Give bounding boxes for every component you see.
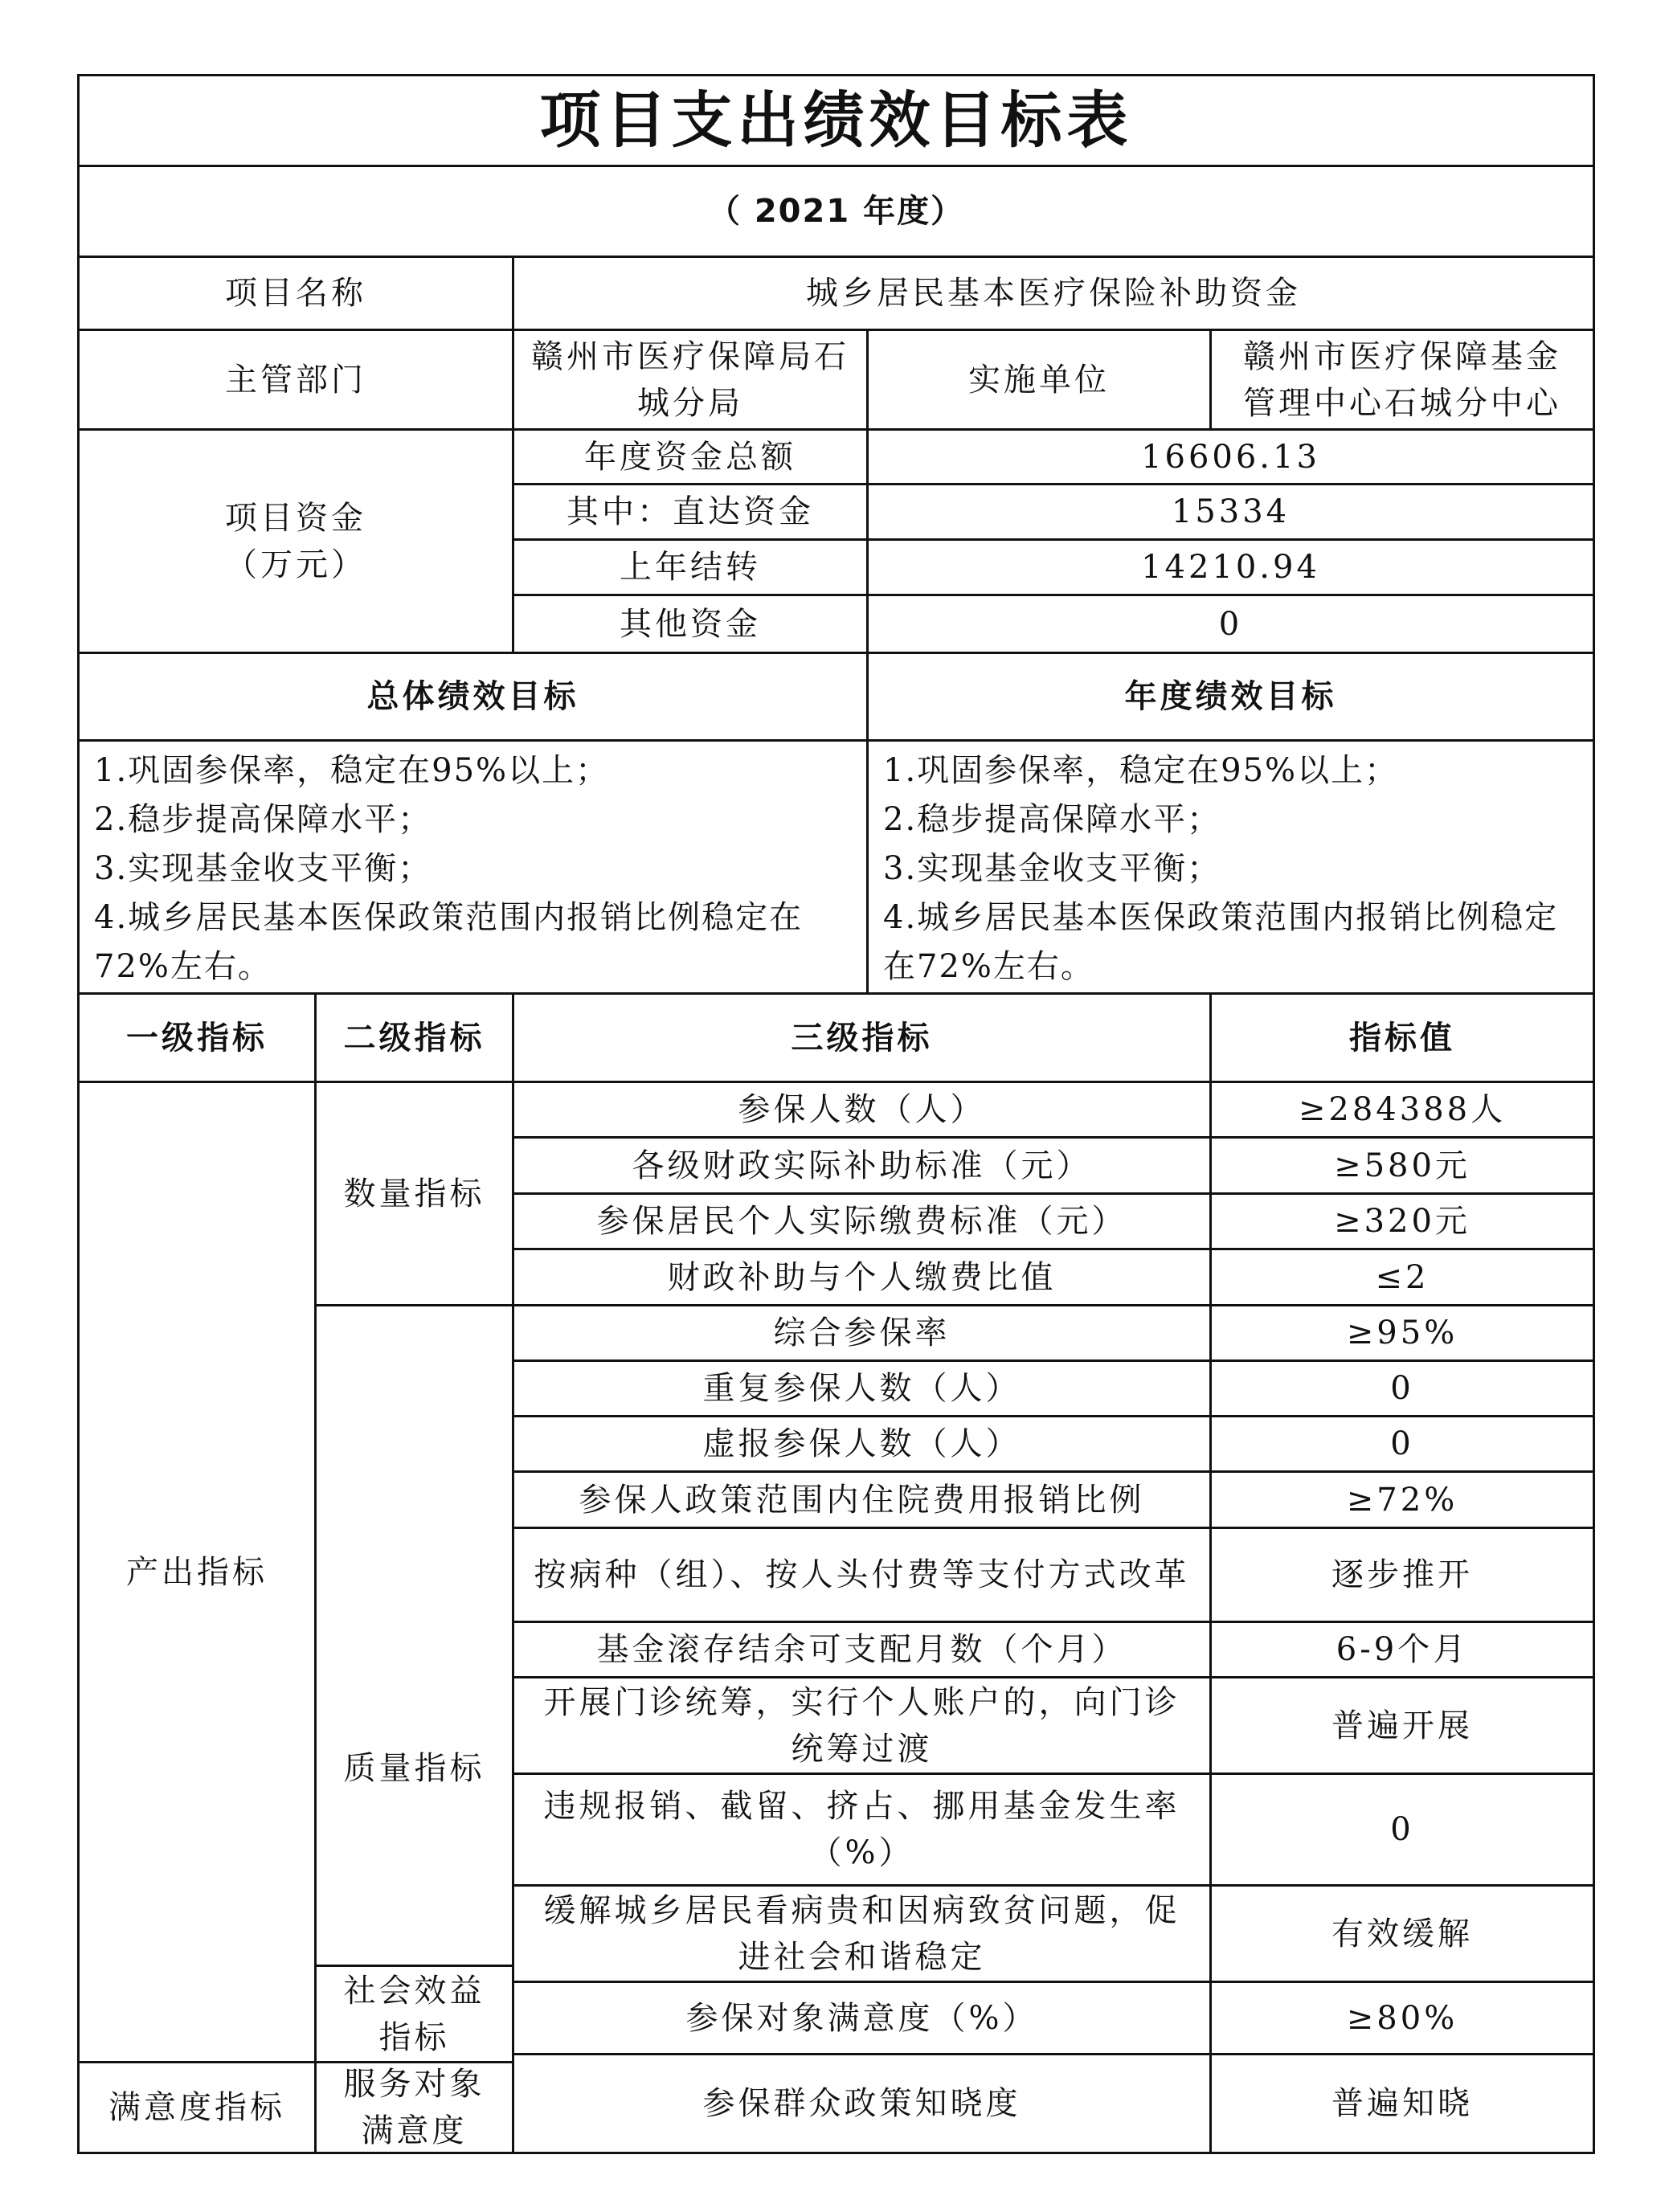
level2-service-satisfaction: 服务对象满意度 bbox=[314, 2061, 512, 2154]
goal-item: 3.实现基金收支平衡； bbox=[94, 844, 852, 893]
indicator-value: 普遍知晓 bbox=[1209, 2053, 1595, 2154]
indicator-value: ≥80% bbox=[1209, 1981, 1595, 2053]
indicator-name: 虚报参保人数（人） bbox=[512, 1415, 1209, 1470]
indicator-value: 逐步推开 bbox=[1209, 1527, 1595, 1621]
overall-goals-header: 总体绩效目标 bbox=[77, 652, 866, 739]
indicator-name: 违规报销、截留、挤占、挪用基金发生率（%） bbox=[512, 1772, 1209, 1884]
header-level1: 一级指标 bbox=[77, 992, 314, 1081]
indicator-value: 0 bbox=[1209, 1415, 1595, 1470]
header-level2: 二级指标 bbox=[314, 992, 512, 1081]
indicator-value: 0 bbox=[1209, 1772, 1595, 1884]
indicator-name: 开展门诊统筹，实行个人账户的，向门诊统筹过渡 bbox=[512, 1676, 1209, 1772]
fund-row-label: 其中：直达资金 bbox=[512, 483, 866, 538]
indicator-value: 有效缓解 bbox=[1209, 1884, 1595, 1981]
indicator-value: ≥284388人 bbox=[1209, 1081, 1595, 1136]
fund-row-value: 14210.94 bbox=[866, 538, 1595, 594]
indicator-name: 各级财政实际补助标准（元） bbox=[512, 1136, 1209, 1192]
goal-item: 3.实现基金收支平衡； bbox=[883, 844, 1578, 893]
level2-quantity: 数量指标 bbox=[314, 1081, 512, 1304]
fund-row-value: 0 bbox=[866, 594, 1595, 652]
indicator-name: 缓解城乡居民看病贵和因病致贫问题，促进社会和谐稳定 bbox=[512, 1884, 1209, 1981]
performance-target-table: 项目支出绩效目标表 （ 2021 年度） 项目名称 城乡居民基本医疗保险补助资金… bbox=[77, 74, 1595, 2154]
page-title: 项目支出绩效目标表 bbox=[77, 74, 1595, 165]
implementing-unit-label: 实施单位 bbox=[866, 329, 1209, 428]
indicator-name: 基金滚存结余可支配月数（个月） bbox=[512, 1621, 1209, 1676]
header-level3: 三级指标 bbox=[512, 992, 1209, 1081]
indicator-value: ≥95% bbox=[1209, 1304, 1595, 1360]
indicator-name: 参保群众政策知晓度 bbox=[512, 2053, 1209, 2154]
level1-satisfaction: 满意度指标 bbox=[77, 2061, 314, 2154]
indicator-name: 财政补助与个人缴费比值 bbox=[512, 1248, 1209, 1304]
indicator-name: 参保人政策范围内住院费用报销比例 bbox=[512, 1470, 1209, 1527]
goal-item: 4.城乡居民基本医保政策范围内报销比例稳定在72%左右。 bbox=[883, 893, 1578, 992]
goal-item: 1.巩固参保率，稳定在95%以上； bbox=[94, 746, 852, 795]
annual-goals-header: 年度绩效目标 bbox=[866, 652, 1595, 739]
supervising-dept-value: 赣州市医疗保障局石城分局 bbox=[512, 329, 866, 428]
indicator-value: ≤2 bbox=[1209, 1248, 1595, 1304]
goal-item: 1.巩固参保率，稳定在95%以上； bbox=[883, 746, 1578, 795]
project-funds-label: 项目资金 （万元） bbox=[77, 428, 512, 652]
goal-item: 4.城乡居民基本医保政策范围内报销比例稳定在72%左右。 bbox=[94, 893, 852, 992]
indicator-name: 按病种（组）、按人头付费等支付方式改革 bbox=[512, 1527, 1209, 1621]
project-name-label: 项目名称 bbox=[77, 256, 512, 329]
indicator-value: ≥580元 bbox=[1209, 1136, 1595, 1192]
fund-row-value: 15334 bbox=[866, 483, 1595, 538]
goal-item: 2.稳步提高保障水平； bbox=[883, 795, 1578, 844]
indicator-value: 6-9个月 bbox=[1209, 1621, 1595, 1676]
annual-goals-list: 1.巩固参保率，稳定在95%以上； 2.稳步提高保障水平； 3.实现基金收支平衡… bbox=[866, 739, 1595, 992]
fund-row-label: 年度资金总额 bbox=[512, 428, 866, 483]
overall-goals-list: 1.巩固参保率，稳定在95%以上； 2.稳步提高保障水平； 3.实现基金收支平衡… bbox=[77, 739, 866, 992]
indicator-value: 普遍开展 bbox=[1209, 1676, 1595, 1772]
header-indicator-value: 指标值 bbox=[1209, 992, 1595, 1081]
indicator-value: ≥72% bbox=[1209, 1470, 1595, 1527]
indicator-value: ≥320元 bbox=[1209, 1192, 1595, 1248]
goal-item: 2.稳步提高保障水平； bbox=[94, 795, 852, 844]
level1-output: 产出指标 bbox=[77, 1081, 314, 2061]
level2-social-benefit: 社会效益指标 bbox=[314, 1965, 512, 2061]
indicator-name: 综合参保率 bbox=[512, 1304, 1209, 1360]
project-funds-unit: （万元） bbox=[225, 542, 366, 588]
fiscal-year: （ 2021 年度） bbox=[77, 165, 1595, 256]
project-name-value: 城乡居民基本医疗保险补助资金 bbox=[512, 256, 1595, 329]
fund-row-value: 16606.13 bbox=[866, 428, 1595, 483]
indicator-name: 参保居民个人实际缴费标准（元） bbox=[512, 1192, 1209, 1248]
supervising-dept-label: 主管部门 bbox=[77, 329, 512, 428]
project-funds-title: 项目资金 bbox=[225, 495, 366, 542]
indicator-name: 参保人数（人） bbox=[512, 1081, 1209, 1136]
indicator-name: 重复参保人数（人） bbox=[512, 1360, 1209, 1415]
implementing-unit-value: 赣州市医疗保障基金管理中心石城分中心 bbox=[1209, 329, 1595, 428]
indicator-value: 0 bbox=[1209, 1360, 1595, 1415]
level2-quality: 质量指标 bbox=[314, 1304, 512, 1965]
indicator-name: 参保对象满意度（%） bbox=[512, 1981, 1209, 2053]
fund-row-label: 其他资金 bbox=[512, 594, 866, 652]
fund-row-label: 上年结转 bbox=[512, 538, 866, 594]
